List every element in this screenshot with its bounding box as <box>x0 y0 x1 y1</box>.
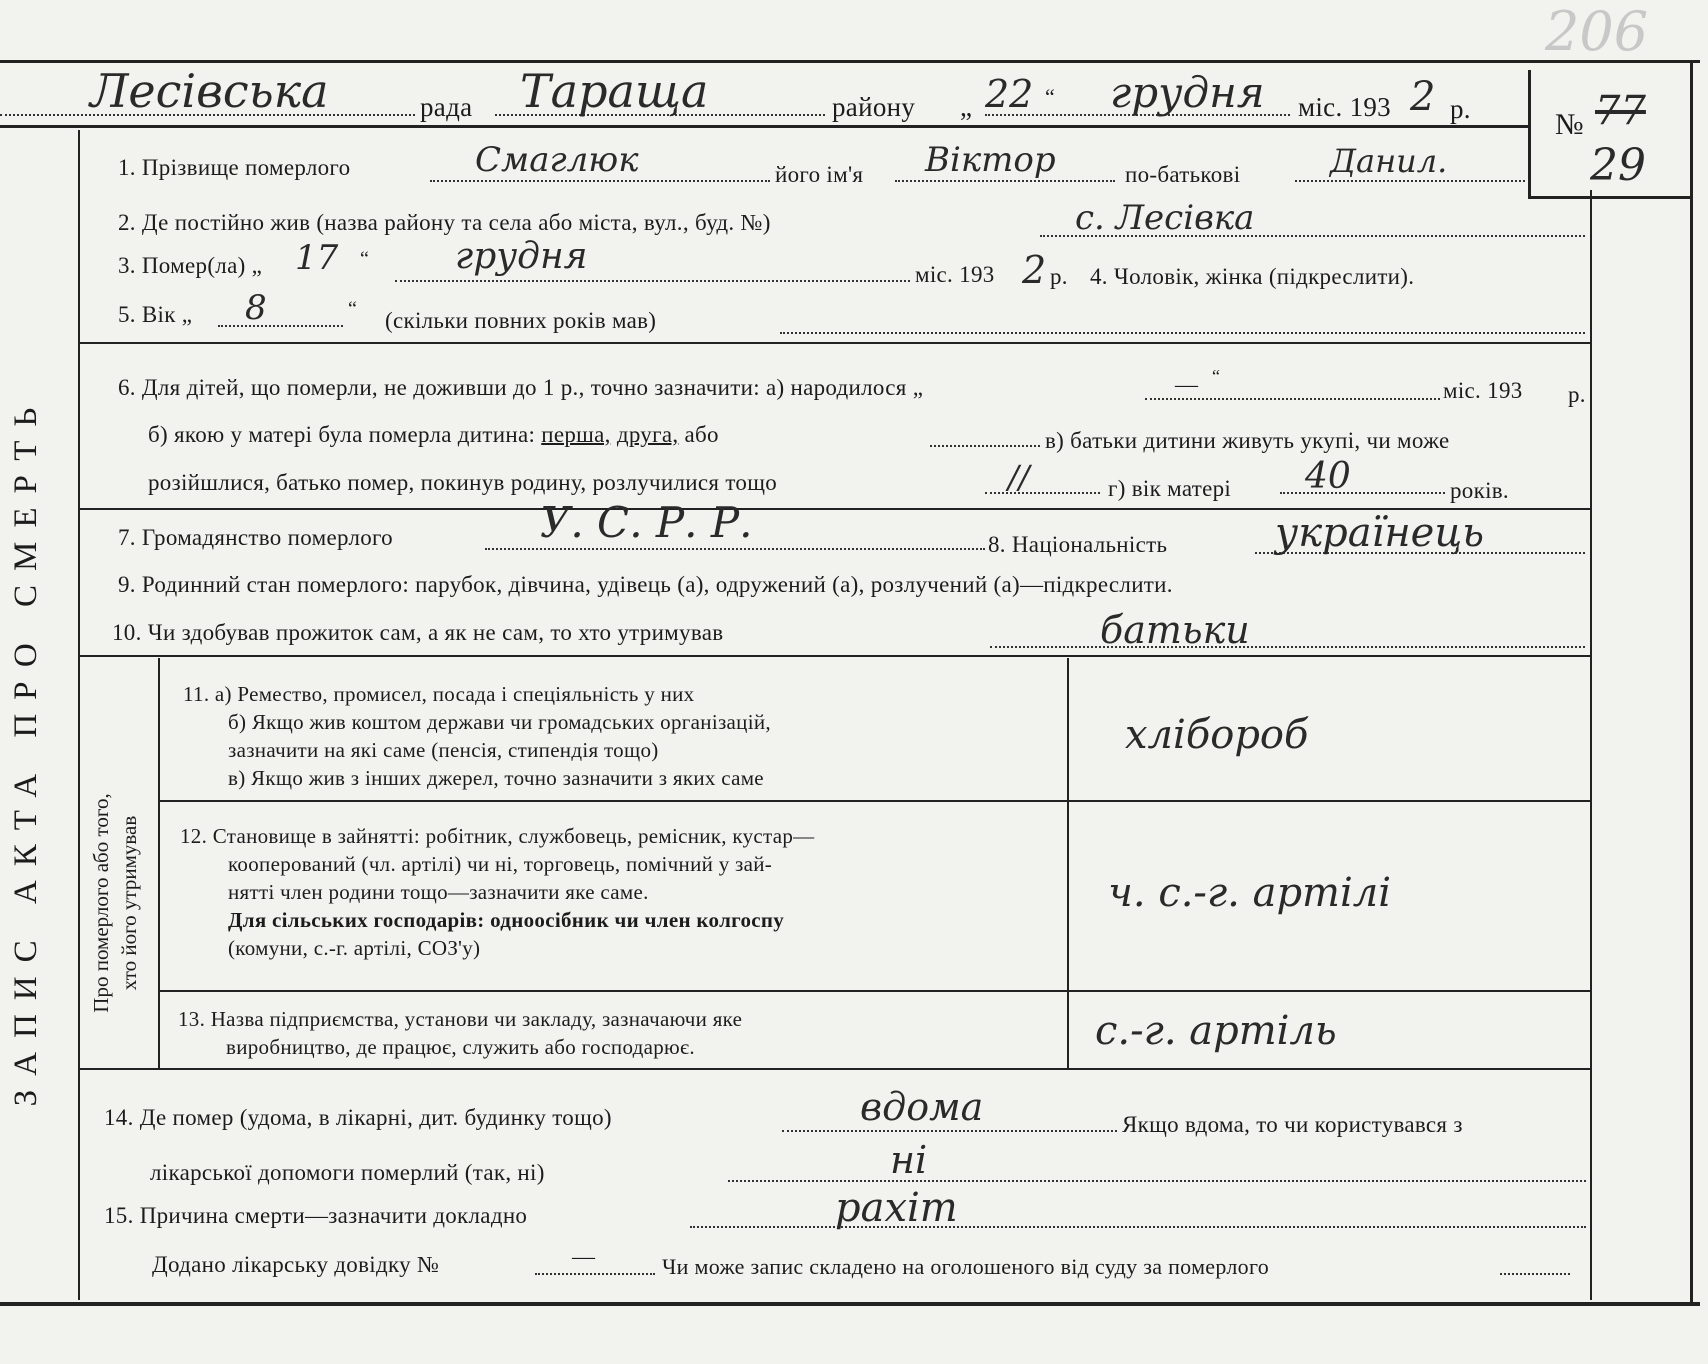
death-place-dots <box>782 1130 1117 1132</box>
mother-age-label: г) вік матері <box>1108 476 1231 502</box>
field-11-line4: в) Якщо жив з інших джерел, точно зазнач… <box>183 764 771 792</box>
divider <box>80 655 1590 657</box>
field-11-text: 11. а) Ремество, промисел, посада і спец… <box>183 680 771 792</box>
field-3-label: 3. Помер(ла) „ <box>118 253 262 279</box>
header-row: Лесівська рада Тараща району „ 22 “ груд… <box>0 70 1520 126</box>
death-year-digit: 2 <box>1022 248 1046 292</box>
cause-dots <box>690 1226 1586 1228</box>
field-13-line1: 13. Назва підприємства, установи чи закл… <box>178 1005 742 1033</box>
surname-value: Смаглюк <box>475 140 639 180</box>
age-note: (скільки повних років мав) <box>385 308 656 334</box>
field-9-marital: 9. Родинний стан померлого: парубок, дів… <box>118 572 1173 598</box>
field-4-sex: 4. Чоловік, жінка (підкреслити). <box>1090 264 1414 290</box>
court-dots <box>1500 1273 1570 1275</box>
field-5-label: 5. Вік „ <box>118 302 192 328</box>
side-label-line1: Про померлого або того, <box>87 693 115 1113</box>
supporter-value: батьки <box>1100 608 1250 652</box>
left-inner-border <box>78 130 80 1300</box>
field-11-line1: 11. а) Ремество, промисел, посада і спец… <box>183 680 771 708</box>
quote-open: „ <box>960 92 972 123</box>
option-second: друга, <box>617 422 679 447</box>
record-day: 22 <box>985 72 1033 116</box>
years-label: років. <box>1450 478 1509 504</box>
field-13-text: 13. Назва підприємства, установи чи закл… <box>178 1005 742 1061</box>
medical-help-label: лікарської допомоги померлий (так, ні) <box>150 1160 545 1186</box>
patronymic-value: Данил. <box>1330 142 1447 180</box>
record-number: 29 <box>1590 140 1646 191</box>
patronymic-dots <box>1295 180 1525 182</box>
right-border <box>1690 62 1693 1304</box>
field-12-line3: нятті член родини тощо—зазначити яке сам… <box>180 878 814 906</box>
birth-value: — <box>1175 372 1198 398</box>
r-label: р. <box>1050 264 1068 290</box>
quote-close: “ <box>1045 84 1055 110</box>
field-11-line3: зазначити на які саме (пенсія, стипендія… <box>183 736 771 764</box>
death-place-value: вдома <box>860 1085 983 1129</box>
medical-help-prompt: Якщо вдома, то чи користувався з <box>1122 1112 1463 1138</box>
field-6-line3: розійшлися, батько помер, покинув родину… <box>148 470 777 496</box>
name-label: його ім'я <box>775 162 863 188</box>
patronymic-label: по-батькові <box>1125 162 1240 188</box>
divider <box>80 1068 1590 1070</box>
divider <box>80 342 1590 344</box>
quote-close: “ <box>360 248 369 271</box>
field-1-label: 1. Прізвище померлого <box>118 155 350 181</box>
birth-dots <box>1145 398 1440 400</box>
field-6-line1: 6. Для дітей, що померли, не доживши до … <box>118 375 923 401</box>
section-left-border <box>158 658 160 1068</box>
number-box-left <box>1528 70 1531 198</box>
employment-status-value: ч. с.-г. артілі <box>1108 870 1391 916</box>
death-month: грудня <box>455 236 588 277</box>
value-column-border <box>1067 658 1069 1068</box>
field-15-label: 15. Причина смерти—зазначити докладно <box>104 1203 527 1229</box>
medical-help-dots <box>728 1180 1586 1182</box>
death-month-dots <box>395 280 910 282</box>
field-10-label: 10. Чи здобував прожиток сам, а як не са… <box>112 620 723 646</box>
age-value: 8 <box>245 288 267 328</box>
inner-right-border <box>1590 190 1592 1300</box>
supporter-dots <box>990 646 1585 648</box>
section-side-label: Про померлого або того, хто його утримув… <box>87 693 157 1113</box>
court-declaration-label: Чи може запис складено на оголошеного ві… <box>662 1254 1269 1280</box>
number-box-bottom <box>1528 196 1692 199</box>
field-12-text: 12. Становище в зайнятті: робітник, служ… <box>180 822 814 962</box>
divider <box>160 800 1590 802</box>
field-12-line1: 12. Становище в зайнятті: робітник, служ… <box>180 822 814 850</box>
parents-status-dots <box>985 492 1100 494</box>
number-label: № <box>1555 108 1584 142</box>
r-label: р. <box>1450 94 1471 125</box>
raion-label: району <box>832 92 915 123</box>
field-13-line2: виробництво, де працює, служить або госп… <box>178 1033 742 1061</box>
side-label-line2: хто його утримував <box>115 693 143 1113</box>
option-first: перша, <box>541 422 611 447</box>
quote-close: “ <box>348 298 357 321</box>
council-name: Лесівська <box>90 64 329 118</box>
record-month: грудня <box>1110 68 1265 117</box>
field-12-line2: кооперований (чл. артілі) чи ні, торгове… <box>180 850 814 878</box>
occupation-value: хлібороб <box>1125 712 1308 758</box>
death-day: 17 <box>295 238 338 278</box>
field-6-line2: б) якою у матері була померла дитина: пе… <box>148 422 719 448</box>
archive-page-mark: 206 <box>1545 0 1648 63</box>
record-number-struck: 77 <box>1595 88 1646 134</box>
certificate-number-value: — <box>572 1244 595 1270</box>
mother-age-value: 40 <box>1305 456 1351 497</box>
divider <box>160 990 1590 992</box>
name-dots <box>895 180 1115 182</box>
district-name: Тараща <box>520 64 708 118</box>
certificate-number-dots <box>535 1273 655 1275</box>
child-order-prompt: б) якою у матері була померла дитина: <box>148 422 535 447</box>
citizenship-dots <box>485 548 985 550</box>
name-value: Віктор <box>925 140 1056 180</box>
birth-year-label: міс. 193 <box>1443 378 1523 404</box>
parents-prompt: в) батьки дитини живуть укупі, чи може <box>1045 428 1450 454</box>
quote-close: “ <box>1212 366 1220 387</box>
cause-of-death-value: рахіт <box>835 1185 958 1231</box>
field-12-line4: Для сільських господарів: одноосібник чи… <box>180 906 814 934</box>
field-2-label: 2. Де постійно жив (назва району та села… <box>118 210 771 236</box>
death-year-label: міс. 193 <box>915 262 995 288</box>
age-extra-dots <box>780 332 1585 334</box>
bottom-border <box>0 1302 1700 1306</box>
r-label: р. <box>1568 382 1586 408</box>
field-14-label: 14. Де помер (удома, в лікарні, дит. буд… <box>104 1105 612 1131</box>
age-dots <box>218 325 343 327</box>
surname-dots <box>430 180 770 182</box>
option-or: або <box>684 422 718 447</box>
child-order-dots <box>930 445 1040 447</box>
citizenship-value: У. С. Р. Р. <box>540 498 752 547</box>
medical-certificate-label: Додано лікарську довідку № <box>152 1252 439 1278</box>
residence-value: с. Лесівка <box>1075 198 1254 238</box>
workplace-value: с.-г. артіль <box>1095 1008 1337 1054</box>
field-11-line2: б) Якщо жив коштом держави чи громадськи… <box>183 708 771 736</box>
rada-label: рада <box>420 92 472 123</box>
medical-help-value: ні <box>890 1138 927 1182</box>
field-8-label: 8. Національність <box>988 532 1167 558</box>
field-7-label: 7. Громадянство померлого <box>118 525 393 551</box>
field-12-line5: (комуни, с.-г. артілі, СОЗ'у) <box>180 934 814 962</box>
parents-status-value: // <box>1008 458 1030 496</box>
document-title: ЗАПИС АКТА ПРО СМЕРТЬ <box>8 340 48 1160</box>
record-year-digit: 2 <box>1410 74 1435 120</box>
year-label: міс. 193 <box>1298 92 1391 123</box>
top-border <box>0 60 1700 63</box>
nationality-value: українець <box>1275 510 1484 556</box>
